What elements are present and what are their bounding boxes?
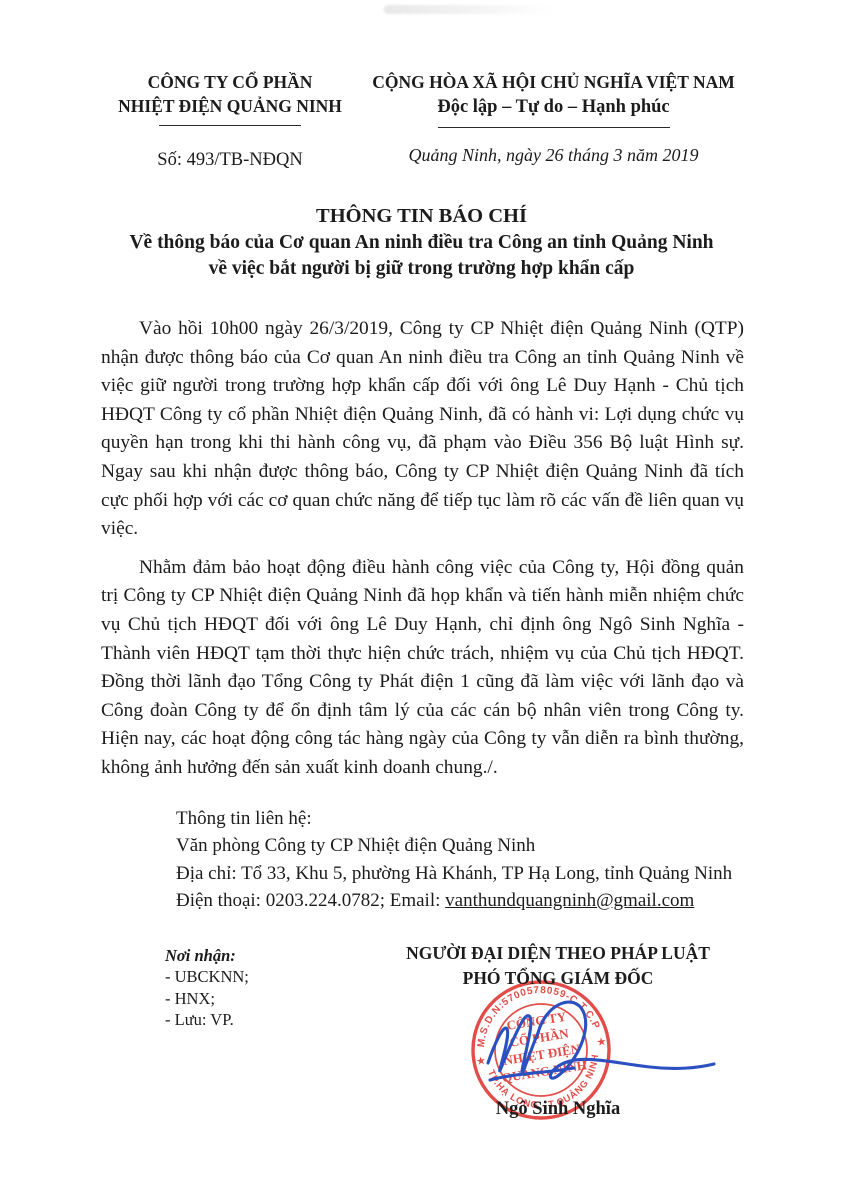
recipient-item: - Lưu: VP. [165,1009,249,1031]
document-title: THÔNG TIN BÁO CHÍ [0,203,843,230]
body-paragraph-2: Nhằm đảm bảo hoạt động điều hành công vi… [101,554,744,783]
recipients-label: Nơi nhận: [165,945,249,967]
issuer-name-line2: NHIỆT ĐIỆN QUẢNG NINH [104,94,356,118]
place-date-line: Quảng Ninh, ngày 26 tháng 3 năm 2019 [356,145,751,166]
scan-artifact-top [384,5,554,14]
contact-phone-email-line: Điện thoại: 0203.224.0782; Email: vanthu… [176,887,843,915]
title-block: THÔNG TIN BÁO CHÍ Về thông báo của Cơ qu… [0,203,843,281]
contact-heading: Thông tin liên hệ: [176,805,843,833]
document-header: CÔNG TY CỔ PHẦN NHIỆT ĐIỆN QUẢNG NINH Số… [0,0,843,171]
issuer-underline [159,125,301,126]
recipient-item: - HNX; [165,988,249,1010]
signer-title-line2: PHÓ TỔNG GIÁM ĐỐC [372,966,744,991]
contact-phone: Điện thoại: 0203.224.0782; Email: [176,890,445,911]
signer-block: NGƯỜI ĐẠI DIỆN THEO PHÁP LUẬT PHÓ TỔNG G… [372,941,744,991]
recipients-block: Nơi nhận: - UBCKNN; - HNX; - Lưu: VP. [165,945,249,1031]
contact-office: Văn phòng Công ty CP Nhiệt điện Quảng Ni… [176,832,843,860]
motto-underline [438,127,670,128]
body-paragraph-1: Vào hồi 10h00 ngày 26/3/2019, Công ty CP… [101,315,744,544]
national-motto: Độc lập – Tự do – Hạnh phúc [356,94,751,120]
signature-area: Nơi nhận: - UBCKNN; - HNX; - Lưu: VP. NG… [0,941,843,1191]
national-motto-block: CỘNG HÒA XÃ HỘI CHỦ NGHĨA VIỆT NAM Độc l… [356,70,751,171]
contact-block: Thông tin liên hệ: Văn phòng Công ty CP … [176,805,843,915]
handwritten-signature-icon [460,983,730,1103]
document-body: Vào hồi 10h00 ngày 26/3/2019, Công ty CP… [0,315,843,783]
national-title: CỘNG HÒA XÃ HỘI CHỦ NGHĨA VIỆT NAM [356,70,751,94]
issuer-block: CÔNG TY CỔ PHẦN NHIỆT ĐIỆN QUẢNG NINH Số… [104,70,356,171]
contact-address: Địa chỉ: Tổ 33, Khu 5, phường Hà Khánh, … [176,860,843,888]
signer-title-line1: NGƯỜI ĐẠI DIỆN THEO PHÁP LUẬT [372,941,744,966]
document-subtitle-line1: Về thông báo của Cơ quan An ninh điều tr… [0,230,843,256]
document-number: Số: 493/TB-NĐQN [104,150,356,171]
contact-email-link[interactable]: vanthundquangninh@gmail.com [445,890,694,911]
signer-name: Ngô Sinh Nghĩa [372,1099,744,1120]
press-release-document: CÔNG TY CỔ PHẦN NHIỆT ĐIỆN QUẢNG NINH Số… [0,0,843,1200]
document-subtitle-line2: về việc bắt người bị giữ trong trường hợ… [0,256,843,282]
recipient-item: - UBCKNN; [165,966,249,988]
issuer-name-line1: CÔNG TY CỔ PHẦN [104,70,356,94]
